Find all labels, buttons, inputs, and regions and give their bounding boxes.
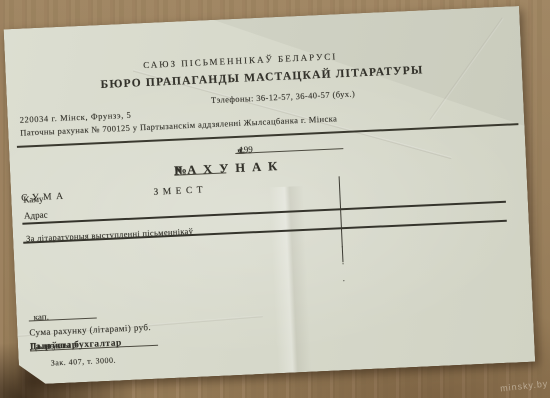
photo-background: САЮЗ ПІСЬМЕННІКАЎ БЕЛАРУСІ БЮРО ПРАПАГАН… [0, 0, 550, 398]
date-line: « » 199 г. [235, 136, 441, 145]
invoice-table: ЗМЕСТ СУМА За літаратурныя выступленні п… [22, 201, 509, 311]
sum-in-words-label: Сума рахунку (літарамі) руб. [29, 322, 151, 338]
kopeck-blank [28, 309, 96, 321]
phones-line: Тэлефоны: 36-12-57, 36-40-57 (бух.) [211, 88, 356, 105]
year-suffix: г. [239, 145, 244, 155]
photo-watermark: minsky.by [499, 379, 548, 394]
invoice-number-blank [174, 161, 226, 175]
print-imprint: Зак. 407, т. 3000. [51, 356, 117, 368]
chief-accountant-label: Галоўны бухгалтар [30, 338, 122, 352]
invoice-form: САЮЗ ПІСЬМЕННІКАЎ БЕЛАРУСІ БЮРО ПРАПАГАН… [4, 6, 536, 385]
